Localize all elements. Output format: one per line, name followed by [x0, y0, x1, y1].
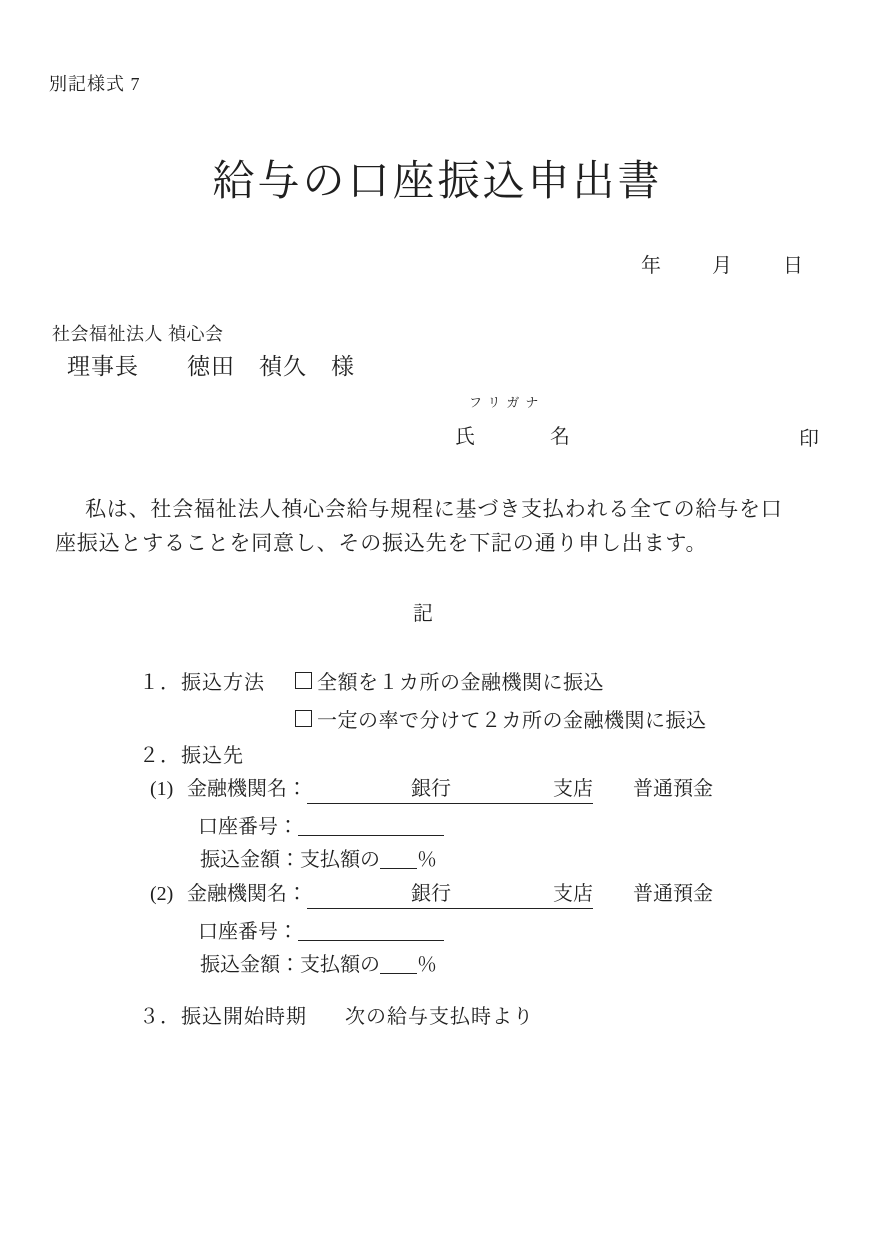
entry1-institution-row: (1) 金融機関名： 銀行 支店 普通預金 [150, 772, 713, 804]
addressee-organization: 社会福祉法人 禎心会 [52, 320, 224, 346]
section-start-value: 次の給与支払時より [345, 1000, 534, 1029]
entry2-account-number-blank[interactable] [298, 940, 444, 941]
date-month-label: 月 [712, 249, 732, 278]
date-line: 年 月 日 [641, 249, 803, 278]
entry2-institution-label: 金融機関名： [187, 877, 307, 906]
seal-label: 印 [799, 422, 819, 451]
entry1-index: (1) [150, 778, 187, 801]
entry1-bank-suffix: 銀行 [411, 772, 451, 801]
entry2-account-number-label: 口座番号： [198, 915, 298, 944]
entry2-amount-row: 振込金額：支払額の ％ [200, 948, 437, 977]
section-destination-heading: ２．振込先 [139, 739, 244, 768]
body-paragraph: 私は、社会福祉法人禎心会給与規程に基づき支払われる全ての給与を口座振込とすること… [55, 492, 800, 560]
entry2-account-type: 普通預金 [633, 877, 713, 906]
entry1-percent-suffix: ％ [417, 843, 437, 872]
entry2-branch-suffix: 支店 [553, 877, 593, 906]
page-title: 給与の口座振込申出書 [0, 148, 875, 208]
entry2-percent-suffix: ％ [417, 948, 437, 977]
entry1-amount-row: 振込金額：支払額の ％ [200, 843, 437, 872]
checkbox-icon[interactable] [295, 672, 312, 689]
entry2-index: (2) [150, 883, 187, 906]
entry2-account-row: 口座番号： [198, 915, 444, 944]
date-year-label: 年 [641, 249, 661, 278]
method-option-2-label: 一定の率で分けて２カ所の金融機関に振込 [317, 704, 707, 733]
entry2-amount-label: 振込金額：支払額の [200, 948, 380, 977]
addressee-person: 理事長 徳田 禎久 様 [67, 348, 355, 381]
entry2-bank-suffix: 銀行 [411, 877, 451, 906]
name-label-first: 氏 [455, 420, 475, 449]
application-form-page: 別記様式 7 給与の口座振込申出書 年 月 日 社会福祉法人 禎心会 理事長 徳… [0, 0, 875, 1238]
entry2-institution-blank[interactable]: 銀行 支店 [307, 877, 593, 909]
section-method-heading: １．振込方法 [139, 666, 265, 695]
entry1-account-row: 口座番号： [198, 810, 444, 839]
entry1-account-number-blank[interactable] [298, 835, 444, 836]
entry1-branch-suffix: 支店 [553, 772, 593, 801]
method-option-1-label: 全額を１カ所の金融機関に振込 [317, 666, 604, 695]
entry1-account-type: 普通預金 [633, 772, 713, 801]
section-start-heading: ３．振込開始時期 [139, 1000, 307, 1029]
date-day-label: 日 [783, 249, 803, 278]
name-label-last: 名 [550, 420, 570, 449]
furigana-label: フリガナ [469, 392, 544, 411]
entry1-percent-blank[interactable] [380, 868, 417, 869]
entry1-account-number-label: 口座番号： [198, 810, 298, 839]
ki-heading: 記 [413, 597, 435, 626]
entry2-institution-row: (2) 金融機関名： 銀行 支店 普通預金 [150, 877, 713, 909]
form-number: 別記様式 7 [49, 70, 141, 96]
method-option-1: 全額を１カ所の金融機関に振込 [295, 666, 604, 695]
entry2-percent-blank[interactable] [380, 973, 417, 974]
method-option-2: 一定の率で分けて２カ所の金融機関に振込 [295, 704, 707, 733]
entry1-amount-label: 振込金額：支払額の [200, 843, 380, 872]
entry1-institution-blank[interactable]: 銀行 支店 [307, 772, 593, 804]
entry1-institution-label: 金融機関名： [187, 772, 307, 801]
checkbox-icon[interactable] [295, 710, 312, 727]
